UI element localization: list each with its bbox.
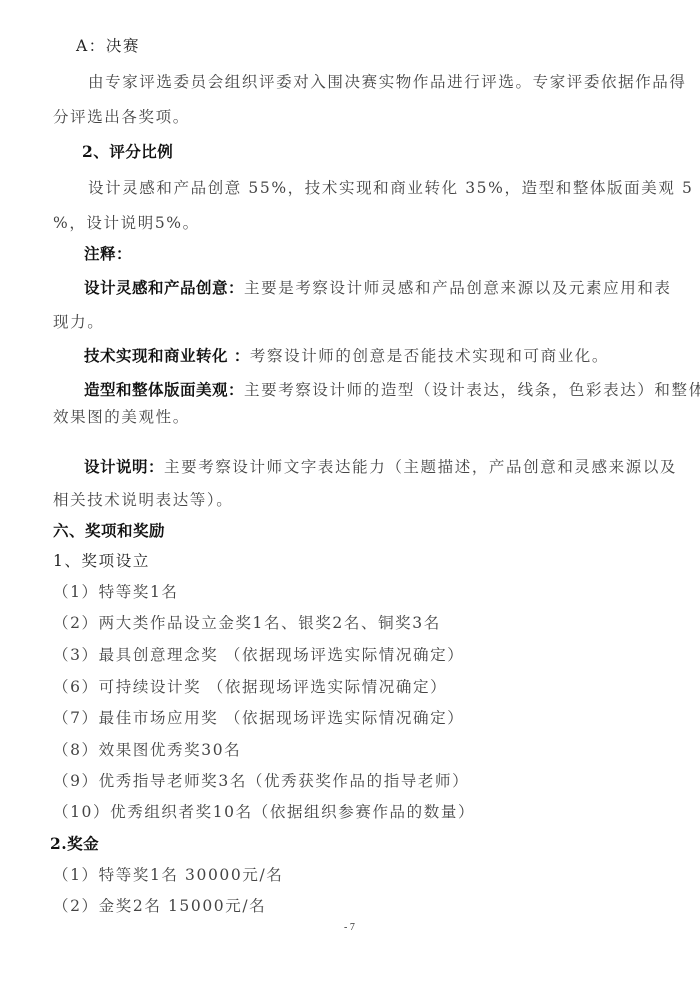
note-item-technology: 技术实现和商业转化 ：考察设计师的创意是否能技术实现和可商业化。	[84, 346, 609, 366]
page-number: - 7	[344, 922, 355, 933]
note-desc-continued: 效果图的美观性。	[53, 407, 190, 427]
award-item: （1）特等奖1名	[53, 582, 179, 602]
prize-item: （2）金奖2名 15000元/名	[53, 896, 266, 916]
prize-item: （1）特等奖1名 30000元/名	[53, 865, 283, 885]
award-item: （6）可持续设计奖 （依据现场评选实际情况确定）	[53, 677, 447, 697]
note-term: 设计说明：	[84, 457, 164, 476]
notes-heading: 注释：	[84, 244, 132, 264]
note-desc-continued: 现力。	[53, 312, 104, 332]
final-round-heading: A：决赛	[76, 36, 140, 56]
note-desc: 主要考察设计师的造型（设计表达，线条，色彩表达）和整体	[244, 381, 700, 399]
note-desc-continued: 相关技术说明表达等）。	[53, 490, 233, 510]
award-setup-heading: 1、奖项设立	[53, 551, 150, 571]
note-desc: 考察设计师的创意是否能技术实现和可商业化。	[250, 347, 609, 365]
award-item: （10）优秀组织者奖10名（依据组织参赛作品的数量）	[53, 802, 475, 822]
final-round-text-line1: 由专家评选委员会组织评委对入围决赛实物作品进行评选。专家评委依据作品得	[88, 72, 687, 92]
note-item-description: 设计说明：主要考察设计师文字表达能力（主题描述，产品创意和灵感来源以及	[84, 457, 677, 477]
note-item-appearance: 造型和整体版面美观：主要考察设计师的造型（设计表达，线条，色彩表达）和整体	[84, 380, 700, 400]
award-item: （8）效果图优秀奖30名	[53, 740, 241, 760]
note-term: 造型和整体版面美观：	[84, 380, 244, 399]
scoring-ratio-line2: %，设计说明5%。	[53, 213, 200, 233]
note-term: 设计灵感和产品创意：	[84, 278, 244, 297]
award-item: （9）优秀指导老师奖3名（优秀获奖作品的指导老师）	[53, 771, 469, 791]
awards-heading: 六、奖项和奖励	[53, 521, 165, 541]
scoring-ratio-heading: 2、评分比例	[82, 142, 173, 162]
scoring-ratio-line1: 设计灵感和产品创意 55%，技术实现和商业转化 35%，造型和整体版面美观 5	[88, 178, 693, 198]
prize-money-heading: 2.奖金	[50, 834, 99, 854]
note-desc: 主要是考察设计师灵感和产品创意来源以及元素应用和表	[244, 279, 672, 297]
award-item: （2）两大类作品设立金奖1名、银奖2名、铜奖3名	[53, 613, 441, 633]
award-item: （3）最具创意理念奖 （依据现场评选实际情况确定）	[53, 645, 464, 665]
final-round-text-line2: 分评选出各奖项。	[53, 107, 190, 127]
award-item: （7）最佳市场应用奖 （依据现场评选实际情况确定）	[53, 708, 464, 728]
note-desc: 主要考察设计师文字表达能力（主题描述，产品创意和灵感来源以及	[164, 458, 677, 476]
note-item-creativity: 设计灵感和产品创意：主要是考察设计师灵感和产品创意来源以及元素应用和表	[84, 278, 672, 298]
note-term: 技术实现和商业转化 ：	[84, 346, 250, 365]
